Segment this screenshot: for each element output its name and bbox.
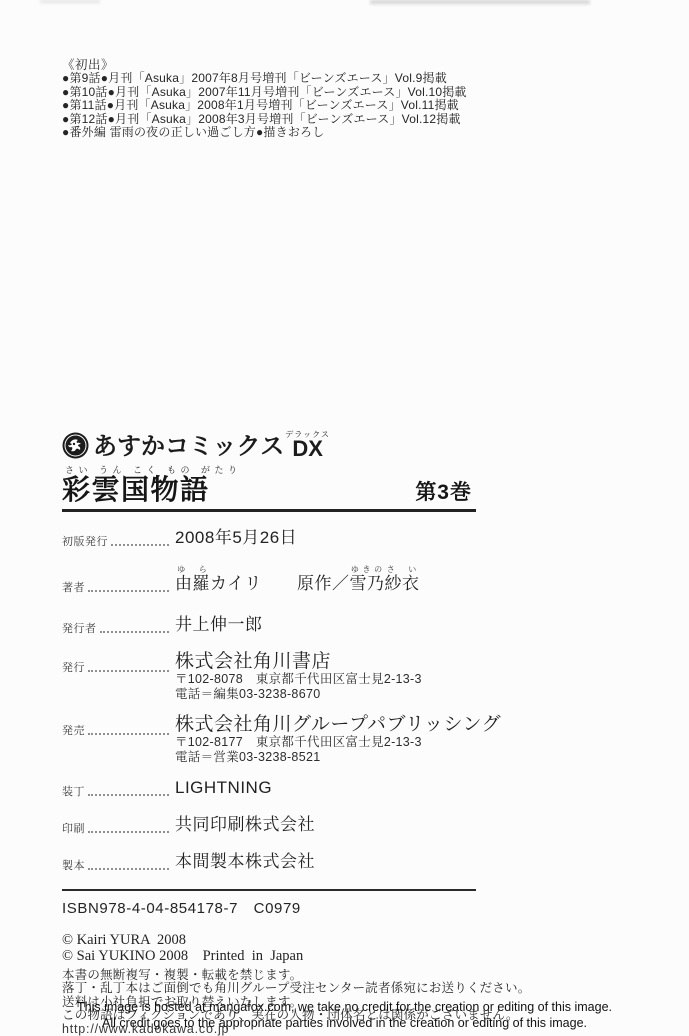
ruby-furigana: さ い [385, 565, 420, 574]
dotted-leader [88, 670, 169, 672]
note-line: 落丁・乱丁本はご面倒でも角川グループ受注センター読者係宛にお送りください。 [62, 982, 476, 995]
colophon-value-wrap: 株式会社角川書店〒102-8078 東京都千代田区富士見2-13-3電話＝編集0… [175, 652, 476, 703]
colophon-value-wrap: 2008年5月26日 [175, 528, 476, 548]
first-publication-entry: ●番外編 雷雨の夜の正しい過ごし方●描きおろし [62, 126, 476, 140]
colophon-value: 由羅ゆ らカイリ 原作／雪乃ゆきの紗衣さ い [175, 574, 420, 593]
colophon-label-cell: 初版発行 [62, 528, 175, 549]
imprint-logo-row: あすかコミックスDXデラックス [62, 428, 476, 460]
first-publication-entry: ●第9話●月刊「Asuka」2007年8月号増刊「ビーンズエース」Vol.9掲載 [62, 72, 476, 86]
colophon-row: 発売株式会社角川グループパブリッシング〒102-8177 東京都千代田区富士見2… [62, 715, 476, 766]
colophon-label: 初版発行 [62, 533, 108, 549]
colophon-row: 著者由羅ゆ らカイリ 原作／雪乃ゆきの紗衣さ い [62, 565, 476, 595]
disclaimer-line-1: This image is hosted at mangafox.com, we… [0, 1000, 689, 1016]
first-publication-entry: ●第11話●月刊「Asuka」2008年1月号増刊「ビーンズエース」Vol.11… [62, 99, 476, 113]
colophon-label-cell: 装丁 [62, 778, 175, 799]
copyright-line: © Sai YUKINO 2008 Printed in Japan [62, 948, 476, 965]
colophon-value-wrap: 共同印刷株式会社 [175, 815, 476, 835]
scan-artifact [370, 0, 590, 4]
copyright-lines: © Kairi YURA 2008© Sai YUKINO 2008 Print… [62, 932, 476, 965]
colophon-label-cell: 発売 [62, 715, 175, 738]
colophon-label-cell: 発行者 [62, 615, 175, 636]
colophon-value: 2008年5月26日 [175, 528, 297, 547]
address-line: 電話＝営業03-3238-8521 [175, 750, 501, 766]
imprint-dx: DXデラックス [285, 430, 330, 460]
colophon-row: 初版発行2008年5月26日 [62, 528, 476, 549]
imprint-block: あすかコミックスDXデラックス さい うん こく もの がたり 彩雲国物語 第3… [62, 428, 476, 512]
hosting-disclaimer: This image is hosted at mangafox.com, we… [0, 1000, 689, 1031]
dotted-leader [111, 544, 169, 546]
colophon-label-cell: 発行 [62, 652, 175, 675]
colophon-row: 発行株式会社角川書店〒102-8078 東京都千代田区富士見2-13-3電話＝編… [62, 652, 476, 703]
title-divider [62, 509, 476, 512]
colophon-value-wrap: 株式会社角川グループパブリッシング〒102-8177 東京都千代田区富士見2-1… [175, 715, 501, 766]
first-publication-heading: 《初出》 [62, 58, 476, 72]
colophon-value-wrap: 本間製本株式会社 [175, 852, 476, 872]
dotted-leader [88, 733, 169, 735]
colophon-label: 著者 [62, 579, 85, 595]
blank-area [62, 140, 476, 428]
ruby-furigana: ゆ ら [175, 565, 210, 574]
colophon-row: 装丁LIGHTNING [62, 778, 476, 799]
copyright-line: © Kairi YURA 2008 [62, 932, 476, 949]
series-title-row: 彩雲国物語 第3巻 [62, 476, 476, 504]
asuka-comics-emblem-icon [62, 432, 89, 459]
colophon-label-cell: 製本 [62, 852, 175, 873]
dotted-leader [88, 590, 169, 592]
dotted-leader [88, 831, 169, 833]
address-line: 〒102-8078 東京都千代田区富士見2-13-3 [175, 672, 476, 688]
colophon-value: 株式会社角川書店 [175, 651, 331, 672]
colophon-table: 初版発行2008年5月26日著者由羅ゆ らカイリ 原作／雪乃ゆきの紗衣さ い発行… [62, 528, 476, 873]
colophon-value: LIGHTNING [175, 778, 272, 797]
ruby-furigana: ゆきの [350, 565, 385, 574]
colophon-value: 株式会社角川グループパブリッシング [175, 714, 501, 735]
colophon-label-cell: 印刷 [62, 815, 175, 836]
scan-artifact [40, 0, 100, 3]
colophon-value-wrap: LIGHTNING [175, 778, 476, 798]
series-title: 彩雲国物語 [62, 476, 210, 504]
imprint-dx-furigana: デラックス [285, 430, 330, 439]
colophon-label: 印刷 [62, 820, 85, 836]
isbn-line: ISBN978-4-04-854178-7 C0979 [62, 897, 476, 918]
isbn-divider [62, 889, 476, 891]
colophon-row: 製本本間製本株式会社 [62, 852, 476, 873]
disclaimer-line-2: All credit goes to the appropriate parti… [0, 1016, 689, 1032]
colophon-row: 印刷共同印刷株式会社 [62, 815, 476, 836]
dotted-leader [100, 631, 170, 633]
colophon-value: 本間製本株式会社 [175, 852, 315, 871]
ruby-text: 雪乃ゆきの [350, 574, 385, 593]
imprint-name: あすかコミックスDXデラックス [93, 430, 330, 460]
address-line: 〒102-8177 東京都千代田区富士見2-13-3 [175, 735, 501, 751]
colophon-value-wrap: 由羅ゆ らカイリ 原作／雪乃ゆきの紗衣さ い [175, 565, 476, 594]
ruby-text: 紗衣さ い [385, 574, 420, 593]
colophon-value-wrap: 井上伸一郎 [175, 615, 476, 635]
dotted-leader [88, 794, 169, 796]
colophon-value: 共同印刷株式会社 [175, 815, 315, 834]
colophon-row: 発行者井上伸一郎 [62, 615, 476, 636]
imprint-name-text: あすかコミックス [93, 434, 284, 460]
colophon-label: 発行 [62, 659, 85, 675]
first-publication-block: 《初出》 ●第9話●月刊「Asuka」2007年8月号増刊「ビーンズエース」Vo… [62, 58, 476, 140]
first-publication-list: ●第9話●月刊「Asuka」2007年8月号増刊「ビーンズエース」Vol.9掲載… [62, 72, 476, 140]
imprint-dx-text: DX [285, 436, 330, 461]
colophon-label: 製本 [62, 857, 85, 873]
colophon-label-cell: 著者 [62, 565, 175, 595]
colophon-label: 装丁 [62, 783, 85, 799]
address-line: 電話＝編集03-3238-8670 [175, 687, 476, 703]
colophon-page: 《初出》 ●第9話●月刊「Asuka」2007年8月号増刊「ビーンズエース」Vo… [62, 58, 476, 1036]
colophon-value: 井上伸一郎 [175, 615, 263, 634]
colophon-label: 発売 [62, 722, 85, 738]
volume-number: 第3巻 [415, 481, 472, 504]
ruby-text: 由羅ゆ ら [175, 574, 210, 593]
dotted-leader [88, 868, 169, 870]
colophon-label: 発行者 [62, 620, 97, 636]
